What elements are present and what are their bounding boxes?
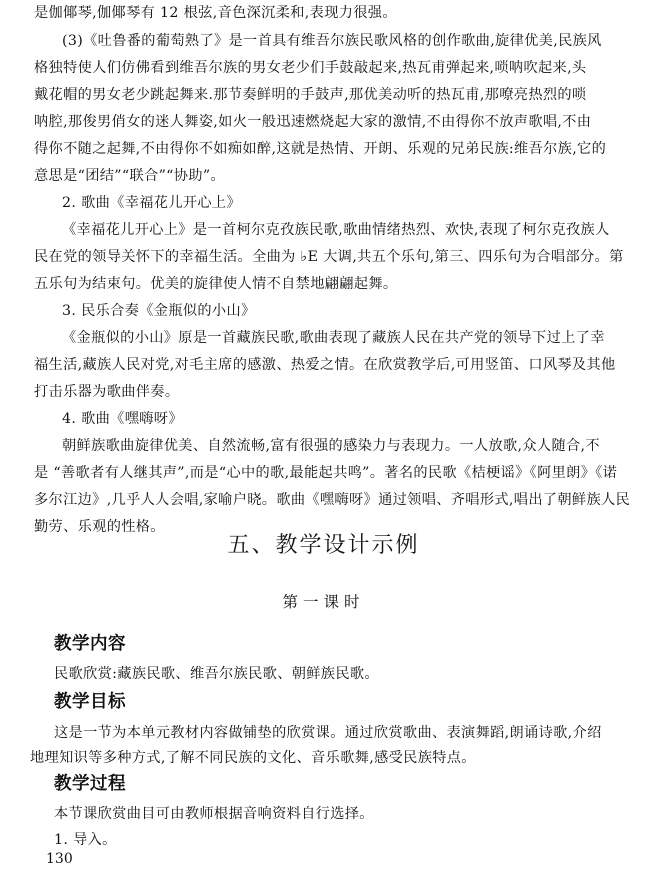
paragraph-line: 这是一节为本单元教材内容做铺垫的欣赏课。通过欣赏歌曲、表演舞蹈,朗诵诗歌,介绍 [54,724,602,742]
paragraph-line: 呐腔,那俊男俏女的迷人舞姿,如火一般迅速燃烧起大家的激情,不由得你不放声歌唱,不… [34,113,591,131]
paragraph-line: 福生活,藏族人民对党,对毛主席的感激、热爱之情。在欣赏教学后,可用竖笛、口风琴及… [34,356,616,374]
paragraph-line: 意思是“团结”“联合”“协助”。 [34,167,225,185]
paragraph-line: 朝鲜族歌曲旋律优美、自然流畅,富有很强的感染力与表现力。一人放歌,众人随合,不 [62,437,600,455]
heading-teaching-process: 教学过程 [54,773,126,795]
lesson-title: 第一课时 [0,590,647,612]
paragraph-line: 《金瓶似的小山》原是一首藏族民歌,歌曲表现了藏族人民在共产党的领导下过上了幸 [62,329,605,347]
paragraph-line: 民在党的领导关怀下的幸福生活。全曲为 ♭E 大调,共五个乐句,第三、四乐句为合唱… [34,248,624,266]
chapter-title: 五、教学设计示例 [0,528,647,559]
paragraph-line: 打击乐器为歌曲伴奏。 [34,383,179,401]
paragraph-line: 格独特使人们仿佛看到维吾尔族的男女老少们手鼓敲起来,热瓦甫弹起来,唢呐吹起来,头 [34,59,586,77]
paragraph-line: 民歌欣赏:藏族民歌、维吾尔族民歌、朝鲜族民歌。 [54,665,379,683]
paragraph-line: 是 “善歌者有人继其声”,而是“心中的歌,最能起共鸣”。著名的民歌《桔梗谣》《阿… [34,464,617,482]
heading-teaching-content: 教学内容 [54,633,126,655]
paragraph-line: 是伽倻琴,伽倻琴有 12 根弦,音色深沉柔和,表现力很强。 [34,4,397,22]
paragraph-line: (3)《吐鲁番的葡萄熟了》是一首具有维吾尔族民歌风格的创作歌曲,旋律优美,民族风 [62,32,602,50]
paragraph-line: 五乐句为结束句。优美的旋律使人情不自禁地翩翩起舞。 [34,275,397,293]
paragraph-line: 多尔江边》,几乎人人会唱,家喻户晓。歌曲《嘿嗨呀》通过领唱、齐唱形式,唱出了朝鲜… [34,491,630,509]
section-heading-3: 3. 民乐合奏《金瓶似的小山》 [62,302,256,320]
paragraph-line: 地理知识等多种方式,了解不同民族的文化、音乐歌舞,感受民族特点。 [30,749,476,767]
paragraph-line: 戴花帽的男女老少跳起舞来.那节奏鲜明的手鼓声,那优美动听的热瓦甫,那嘹亮热烈的唢 [34,86,586,104]
heading-teaching-goals: 教学目标 [54,691,126,713]
paragraph-line: 1. 导入。 [54,831,117,849]
paragraph-line: 本节课欣赏曲目可由教师根据音响资料自行选择。 [54,805,374,823]
paragraph-line: 《幸福花儿开心上》是一首柯尔克孜族民歌,歌曲情绪热烈、欢快,表现了柯尔克孜族人 [62,221,610,239]
section-heading-2: 2. 歌曲《幸福花儿开心上》 [62,194,241,212]
page-number: 130 [46,851,73,867]
section-heading-4: 4. 歌曲《嘿嗨呀》 [62,410,183,428]
paragraph-line: 得你不随之起舞,不由得你不如痴如醉,这就是热情、开朗、乐观的兄弟民族:维吾尔族,… [34,140,606,158]
